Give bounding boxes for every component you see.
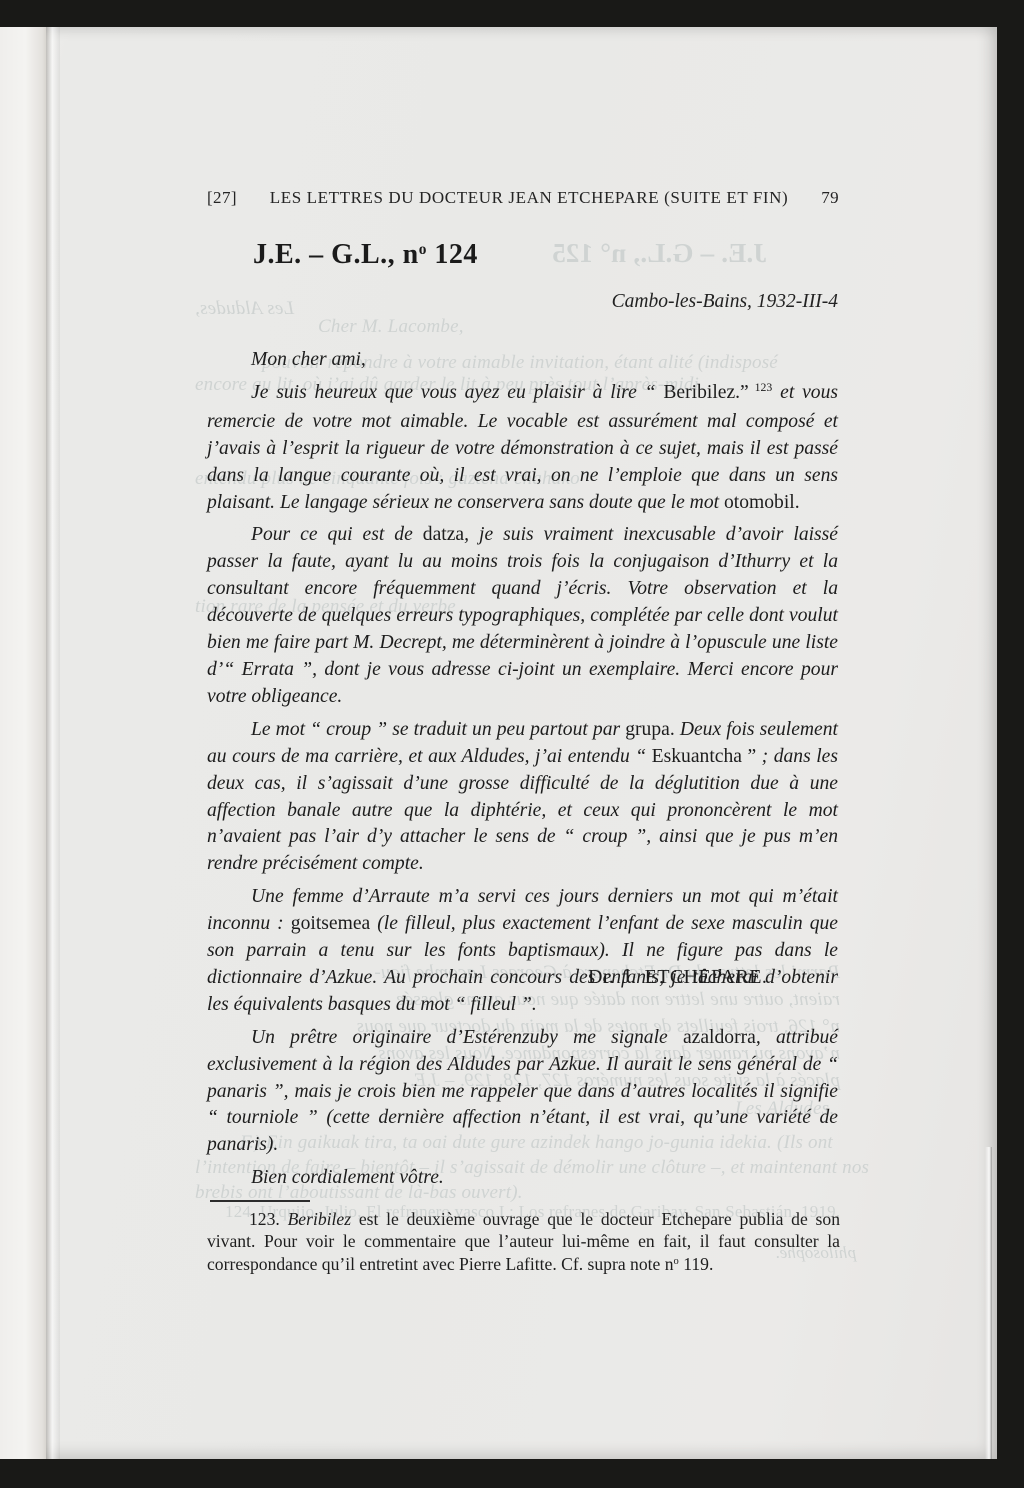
letter-paragraph: Le mot “ croup ” se traduit un peu parto… (207, 717, 838, 878)
text-run: Pour ce qui est de (251, 524, 423, 545)
text-run: Beribilez (288, 1209, 352, 1229)
text-run: Mon cher ami, (251, 349, 366, 370)
text-run: otomobil. (724, 492, 800, 513)
showthrough-text: Cher M. Lacombe, (318, 316, 464, 338)
text-run: Bien cordialement vôtre. (251, 1167, 444, 1188)
header-section-marker: [27] (207, 188, 237, 208)
text-run: Je suis heureux que vous ayez eu plaisir… (251, 382, 663, 403)
text-run: Le mot “ croup ” se traduit un peu parto… (251, 719, 625, 740)
text-run: J.E. – G.L., n (253, 239, 419, 270)
header-running-title: LES LETTRES DU DOCTEUR JEAN ETCHEPARE (S… (270, 188, 789, 208)
text-run: Beribilez.” (663, 382, 748, 403)
letter-paragraph: Je suis heureux que vous ayez eu plaisir… (207, 380, 838, 517)
text-run: Eskuantcha ” (652, 746, 757, 767)
text-run: 123. (249, 1209, 288, 1229)
running-header: [27] LES LETTRES DU DOCTEUR JEAN ETCHEPA… (207, 188, 839, 208)
letter-paragraph: Une femme d’Arraute m’a servi ces jours … (207, 884, 838, 1019)
text-run: datza (423, 524, 464, 545)
text-run: grupa. (625, 719, 675, 740)
text-run: o (674, 1256, 679, 1267)
letter-paragraph: Mon cher ami, (207, 347, 838, 374)
letter-body: Mon cher ami,Je suis heureux que vous ay… (207, 347, 838, 1192)
footnote-text: 123. Beribilez est le deuxième ouvrage q… (207, 1208, 840, 1279)
text-run: azaldorra (683, 1027, 756, 1048)
letter-signature: Dr. J. ETCHEPARE. (588, 966, 767, 989)
footnote-rule (210, 1200, 310, 1202)
letter-dateline: Cambo-les-Bains, 1932-III-4 (400, 291, 838, 313)
letter-title: J.E. – G.L., no 124 (253, 239, 478, 271)
text-run: 123 (749, 381, 773, 394)
header-page-number: 79 (821, 188, 839, 208)
letter-paragraph: Pour ce qui est de datza, je suis vraime… (207, 522, 838, 710)
text-run: 119. (679, 1254, 714, 1274)
text-run: goitsemea (291, 913, 370, 934)
text-run: , je suis vraiment inexcusable d’avoir l… (207, 524, 838, 706)
text-run: Un prêtre originaire d’Estérenzuby me si… (251, 1027, 683, 1048)
showthrough-text: J.E. – G.L., n° 125 (552, 238, 767, 269)
showthrough-text: Les Aldudes, (195, 298, 294, 320)
text-run: o (419, 241, 427, 258)
letter-paragraph: Bien cordialement vôtre. (207, 1165, 838, 1192)
scanned-book-photo: J.E. – G.L., n° 125Les Aldudes,Cher M. L… (0, 0, 1024, 1488)
letter-paragraph: Un prêtre originaire d’Estérenzuby me si… (207, 1025, 838, 1160)
text-run: 124 (427, 239, 478, 270)
